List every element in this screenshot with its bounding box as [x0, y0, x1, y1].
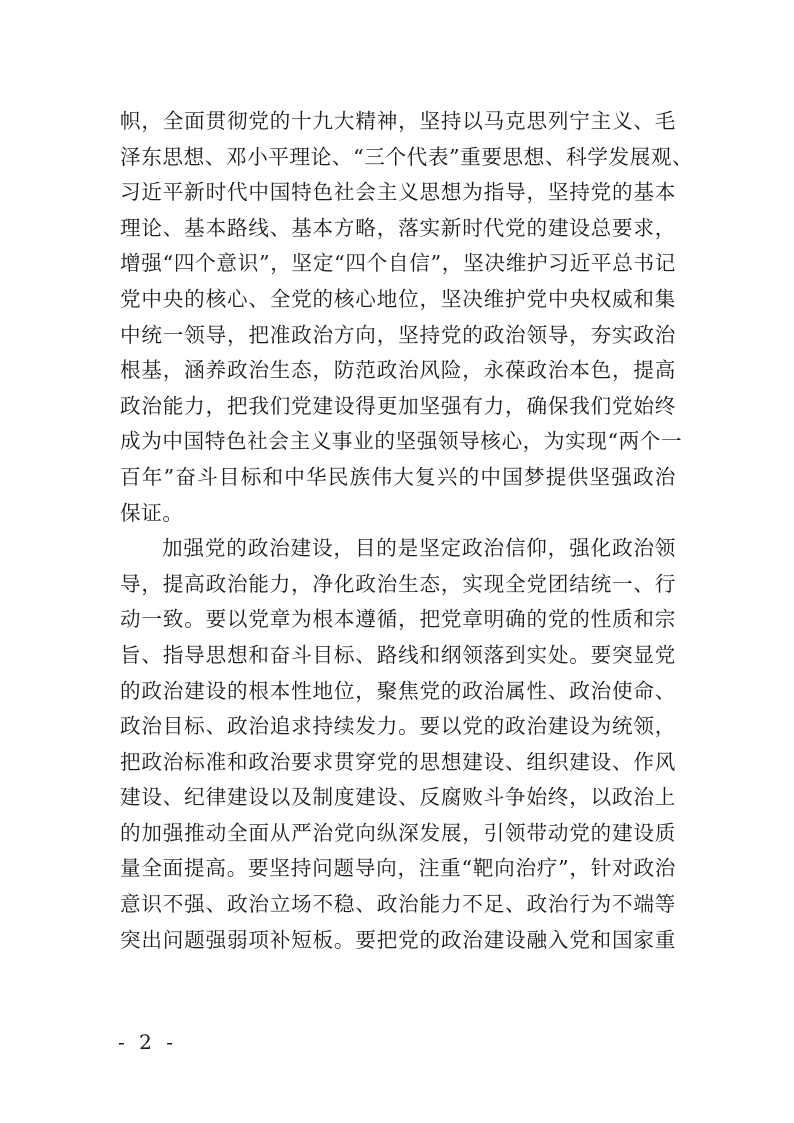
text-line: 泽东思想、邓小平理论、“三个代表”重要思想、科学发展观、	[120, 140, 676, 176]
text-line: 加强党的政治建设，目的是坚定政治信仰，强化政治领	[120, 531, 676, 567]
text-line: 理论、基本路线、基本方略，落实新时代党的建设总要求，	[120, 211, 676, 247]
text-line: 意识不强、政治立场不稳、政治能力不足、政治行为不端等	[120, 887, 676, 923]
text-line: 中统一领导，把准政治方向，坚持党的政治领导，夯实政治	[120, 318, 676, 354]
text-line: 政治目标、政治追求持续发力。要以党的政治建设为统领，	[120, 709, 676, 745]
text-line: 习近平新时代中国特色社会主义思想为指导，坚持党的基本	[120, 175, 676, 211]
text-line: 保证。	[120, 496, 676, 532]
text-line: 百年”奋斗目标和中华民族伟大复兴的中国梦提供坚强政治	[120, 460, 676, 496]
text-line: 政治能力，把我们党建设得更加坚强有力，确保我们党始终	[120, 389, 676, 425]
text-line: 动一致。要以党章为根本遵循，把党章明确的党的性质和宗	[120, 602, 676, 638]
text-line: 的加强推动全面从严治党向纵深发展，引领带动党的建设质	[120, 816, 676, 852]
text-line: 导，提高政治能力，净化政治生态，实现全党团结统一、行	[120, 567, 676, 603]
body-text: 帜，全面贯彻党的十九大精神，坚持以马克思列宁主义、毛 泽东思想、邓小平理论、“三…	[120, 104, 676, 958]
text-line: 把政治标准和政治要求贯穿党的思想建设、组织建设、作风	[120, 745, 676, 781]
text-line: 的政治建设的根本性地位，聚焦党的政治属性、政治使命、	[120, 674, 676, 710]
text-line: 量全面提高。要坚持问题导向，注重“靶向治疗”，针对政治	[120, 851, 676, 887]
text-line: 党中央的核心、全党的核心地位，坚决维护党中央权威和集	[120, 282, 676, 318]
text-line: 建设、纪律建设以及制度建设、反腐败斗争始终，以政治上	[120, 780, 676, 816]
text-line: 旨、指导思想和奋斗目标、路线和纲领落到实处。要突显党	[120, 638, 676, 674]
text-line: 根基，涵养政治生态，防范政治风险，永葆政治本色，提高	[120, 353, 676, 389]
document-page: 帜，全面贯彻党的十九大精神，坚持以马克思列宁主义、毛 泽东思想、邓小平理论、“三…	[0, 0, 794, 1123]
text-line: 成为中国特色社会主义事业的坚强领导核心，为实现“两个一	[120, 424, 676, 460]
text-line: 增强“四个意识”，坚定“四个自信”，坚决维护习近平总书记	[120, 246, 676, 282]
page-number: - 2 -	[118, 1030, 177, 1054]
text-line: 帜，全面贯彻党的十九大精神，坚持以马克思列宁主义、毛	[120, 104, 676, 140]
text-line: 突出问题强弱项补短板。要把党的政治建设融入党和国家重	[120, 923, 676, 959]
